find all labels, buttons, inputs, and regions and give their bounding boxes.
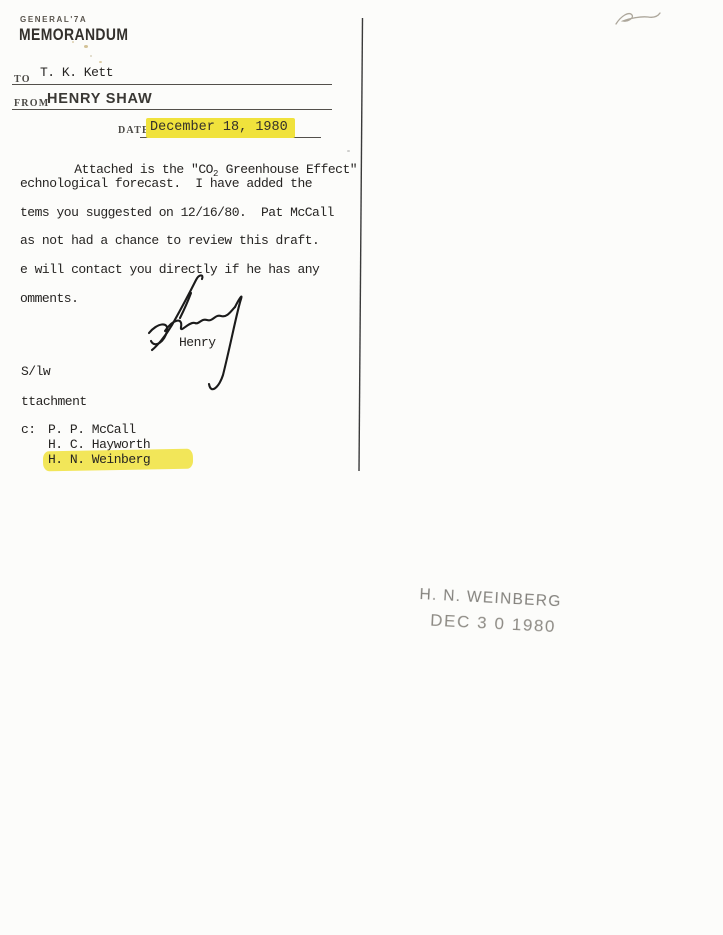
attachment-note: ttachment — [21, 394, 87, 409]
received-stamp: H. N. WEINBERG DEC 3 0 1980 — [418, 586, 562, 637]
to-underline — [12, 84, 332, 85]
body-line-6: omments. — [20, 291, 78, 306]
body-line-1-post: Greenhouse Effect" — [218, 162, 357, 177]
cc-name: P. P. McCall — [48, 422, 136, 437]
paper-stain — [347, 150, 350, 152]
to-value: T. K. Kett — [40, 65, 113, 80]
body-line-2: echnological forecast. I have added the — [20, 176, 312, 191]
paper-stain — [99, 61, 102, 63]
paper-stain — [72, 41, 74, 43]
paper-stain — [84, 45, 88, 48]
cc-name: H. N. Weinberg — [48, 452, 150, 467]
typed-signature-name: Henry — [179, 335, 216, 350]
stamp-name: H. N. WEINBERG — [419, 586, 562, 611]
stamp-date: DEC 3 0 1980 — [430, 611, 561, 638]
fold-crease-line — [356, 16, 365, 474]
body-line-1-pre: Attached is the "CO — [74, 162, 213, 177]
cc-label: c: — [21, 422, 36, 437]
date-value-highlighted: December 18, 1980 — [146, 118, 295, 138]
from-value: HENRY SHAW — [47, 91, 153, 107]
memo-scan-page: GENERAL'7A MEMORANDUM TO T. K. Kett FROM… — [0, 0, 723, 935]
body-line-3: tems you suggested on 12/16/80. Pat McCa… — [20, 205, 334, 220]
from-underline — [12, 109, 332, 110]
typist-initials: S/lw — [21, 364, 50, 379]
body-line-4: as not had a chance to review this draft… — [20, 233, 319, 248]
paper-stain — [90, 55, 92, 57]
form-number: GENERAL'7A — [20, 15, 87, 24]
from-label: FROM — [14, 98, 49, 109]
pencil-mark — [612, 8, 664, 30]
